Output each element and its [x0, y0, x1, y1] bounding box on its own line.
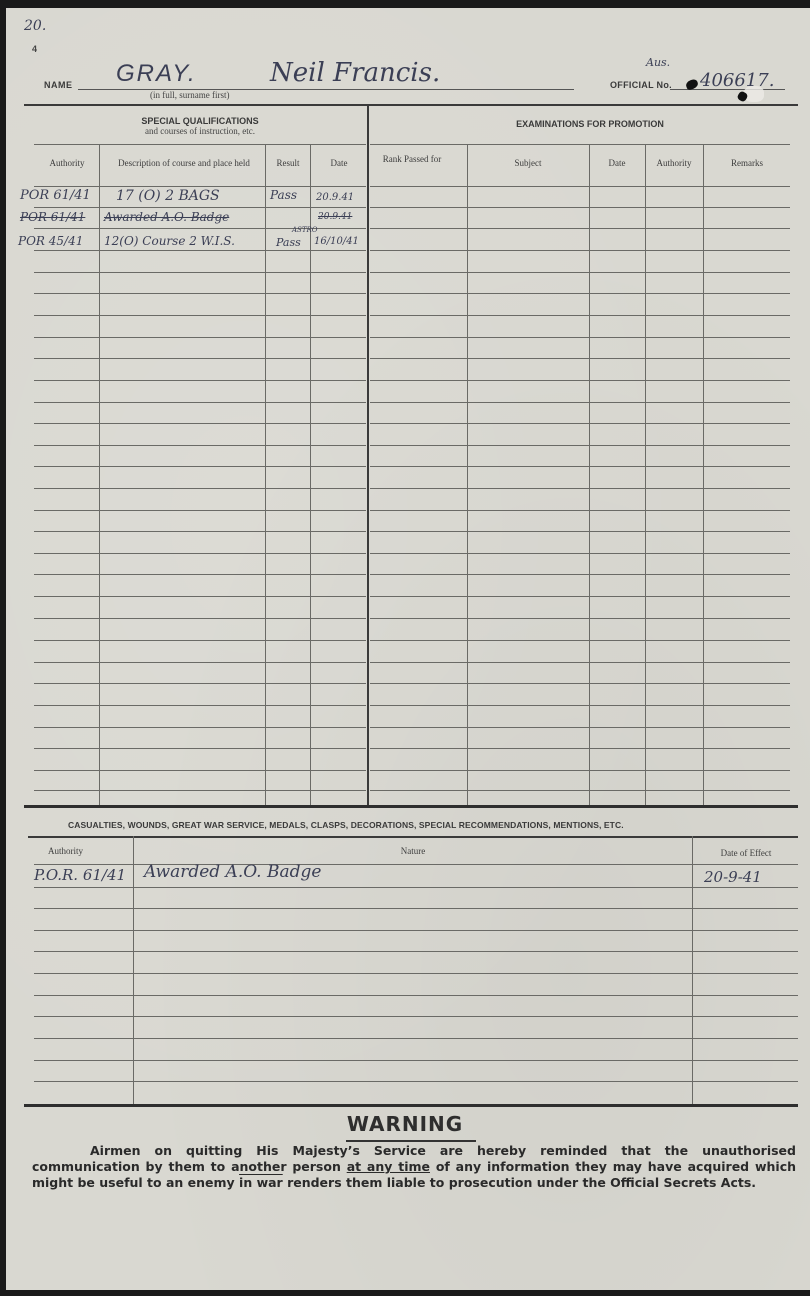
entry-3-note: ASTRO	[292, 226, 318, 234]
entry-1-result: Pass	[270, 188, 297, 202]
row-rule	[34, 445, 366, 446]
warning-text-part: renders them liable to prosecution under…	[283, 1175, 756, 1190]
special-qualifications-subheading: and courses of instruction, etc.	[100, 126, 300, 136]
column-divider	[310, 144, 311, 806]
exam-header-rule	[370, 144, 790, 145]
entry-3-result: Pass	[276, 236, 301, 249]
casualties-top-rule	[28, 836, 798, 838]
col-head-description: Description of course and place held	[102, 158, 266, 168]
row-rule	[34, 596, 366, 597]
row-rule	[34, 402, 366, 403]
row-rule	[34, 272, 366, 273]
row-rule	[34, 293, 366, 294]
official-number-value: 406617.	[700, 70, 774, 91]
row-rule	[34, 770, 366, 771]
row-rule	[370, 510, 790, 511]
col-head-exam-authority: Authority	[646, 158, 702, 168]
name-label: NAME	[44, 80, 73, 90]
entry-2-date-struck: 20.9.41	[318, 212, 352, 222]
row-rule	[34, 973, 798, 974]
casualties-bottom-rule	[24, 1104, 798, 1107]
entry-1-date: 20.9.41	[316, 192, 354, 203]
row-rule	[370, 662, 790, 663]
row-rule	[34, 315, 366, 316]
special-qualifications-title: SPECIAL QUALIFICATIONS and courses of in…	[100, 116, 300, 136]
row-rule	[34, 207, 366, 208]
entry-3-date: 16/10/41	[314, 236, 359, 247]
warning-text-underlined: at any time	[347, 1159, 430, 1174]
row-rule	[370, 293, 790, 294]
corner-mark: 4	[32, 44, 37, 54]
row-rule	[370, 445, 790, 446]
surname-handwritten: GRAY.	[116, 60, 197, 88]
column-divider	[467, 144, 468, 806]
col-head-date-of-effect: Date of Effect	[694, 848, 798, 858]
row-rule	[370, 748, 790, 749]
row-rule	[370, 423, 790, 424]
row-rule	[370, 380, 790, 381]
column-divider	[265, 144, 266, 806]
col-head-exam-date: Date	[590, 158, 644, 168]
row-rule	[370, 315, 790, 316]
row-rule	[370, 228, 790, 229]
special-header-rule	[34, 144, 366, 145]
entry-2-authority-struck: POR 61/41	[20, 210, 85, 224]
col-head-nature: Nature	[134, 846, 692, 856]
row-rule	[370, 574, 790, 575]
official-number-label: OFFICIAL No.	[610, 80, 672, 90]
entry-3-description: 12(O) Course 2 W.I.S.	[104, 234, 235, 248]
row-rule	[34, 662, 366, 663]
row-rule	[34, 995, 798, 996]
row-rule	[34, 1016, 798, 1017]
col-head-date: Date	[312, 158, 366, 168]
name-sublabel: (in full, surname first)	[150, 90, 229, 100]
col-head-casualty-authority: Authority	[34, 846, 148, 856]
row-rule	[370, 358, 790, 359]
row-rule	[34, 337, 366, 338]
col-head-subject: Subject	[468, 158, 588, 168]
row-rule	[370, 337, 790, 338]
row-rule	[34, 683, 366, 684]
main-table-bottom-rule	[24, 805, 798, 808]
row-rule	[370, 640, 790, 641]
row-rule	[370, 272, 790, 273]
warning-title: WARNING	[0, 1112, 810, 1136]
entry-1-description: 17 (O) 2 BAGS	[116, 188, 220, 204]
row-rule	[34, 553, 366, 554]
row-rule	[34, 531, 366, 532]
column-divider	[133, 836, 134, 1104]
row-rule	[370, 683, 790, 684]
row-rule	[34, 908, 798, 909]
row-rule	[370, 618, 790, 619]
row-rule	[370, 250, 790, 251]
row-rule	[34, 380, 366, 381]
column-divider	[99, 144, 100, 806]
section-divider	[367, 104, 369, 806]
row-rule	[34, 250, 366, 251]
row-rule	[370, 488, 790, 489]
row-rule	[370, 770, 790, 771]
row-rule	[370, 596, 790, 597]
row-rule	[34, 1060, 798, 1061]
column-divider	[589, 144, 590, 806]
row-rule	[34, 186, 366, 187]
row-rule	[34, 930, 798, 931]
col-head-rank-passed-for: Rank Passed for	[372, 154, 452, 164]
row-rule	[34, 574, 366, 575]
column-divider	[692, 836, 693, 1104]
row-rule	[34, 423, 366, 424]
column-divider	[645, 144, 646, 806]
row-rule	[34, 790, 366, 791]
row-rule	[34, 705, 366, 706]
row-rule	[370, 207, 790, 208]
row-rule	[34, 887, 798, 888]
row-rule	[370, 790, 790, 791]
row-rule	[34, 1081, 798, 1082]
casualty-1-date-of-effect: 20-9-41	[704, 868, 762, 886]
warning-text-overlined: in war	[239, 1175, 283, 1190]
special-qualifications-heading: SPECIAL QUALIFICATIONS	[100, 116, 300, 126]
row-rule	[370, 466, 790, 467]
entry-2-description-struck: Awarded A.O. Badge	[104, 210, 229, 224]
casualty-1-authority: P.O.R. 61/41	[34, 866, 126, 884]
col-head-result: Result	[266, 158, 310, 168]
row-rule	[370, 727, 790, 728]
row-rule	[34, 1038, 798, 1039]
row-rule	[34, 358, 366, 359]
col-head-authority: Authority	[34, 158, 100, 168]
row-rule	[370, 531, 790, 532]
row-rule	[34, 640, 366, 641]
row-rule	[34, 748, 366, 749]
row-rule	[34, 466, 366, 467]
row-rule	[34, 951, 798, 952]
row-rule	[34, 488, 366, 489]
row-rule	[34, 727, 366, 728]
column-divider	[703, 144, 704, 806]
page-number-note: 20.	[24, 18, 46, 34]
forenames-handwritten: Neil Francis.	[270, 58, 440, 88]
col-head-remarks: Remarks	[704, 158, 790, 168]
casualty-1-nature: Awarded A.O. Badge	[144, 862, 321, 882]
warning-underline	[346, 1140, 476, 1142]
row-rule	[34, 510, 366, 511]
row-rule	[370, 705, 790, 706]
examinations-title: EXAMINATIONS FOR PROMOTION	[440, 119, 740, 129]
row-rule	[370, 186, 790, 187]
official-number-prefix: Aus.	[646, 56, 670, 69]
row-rule	[370, 402, 790, 403]
row-rule	[34, 618, 366, 619]
warning-text: Airmen on quitting His Majesty’s Service…	[32, 1143, 796, 1191]
section-top-rule	[24, 104, 798, 106]
entry-3-authority: POR 45/41	[18, 234, 83, 248]
entry-1-authority: POR 61/41	[20, 188, 91, 203]
casualties-title: CASUALTIES, WOUNDS, GREAT WAR SERVICE, M…	[68, 820, 624, 830]
row-rule	[370, 553, 790, 554]
